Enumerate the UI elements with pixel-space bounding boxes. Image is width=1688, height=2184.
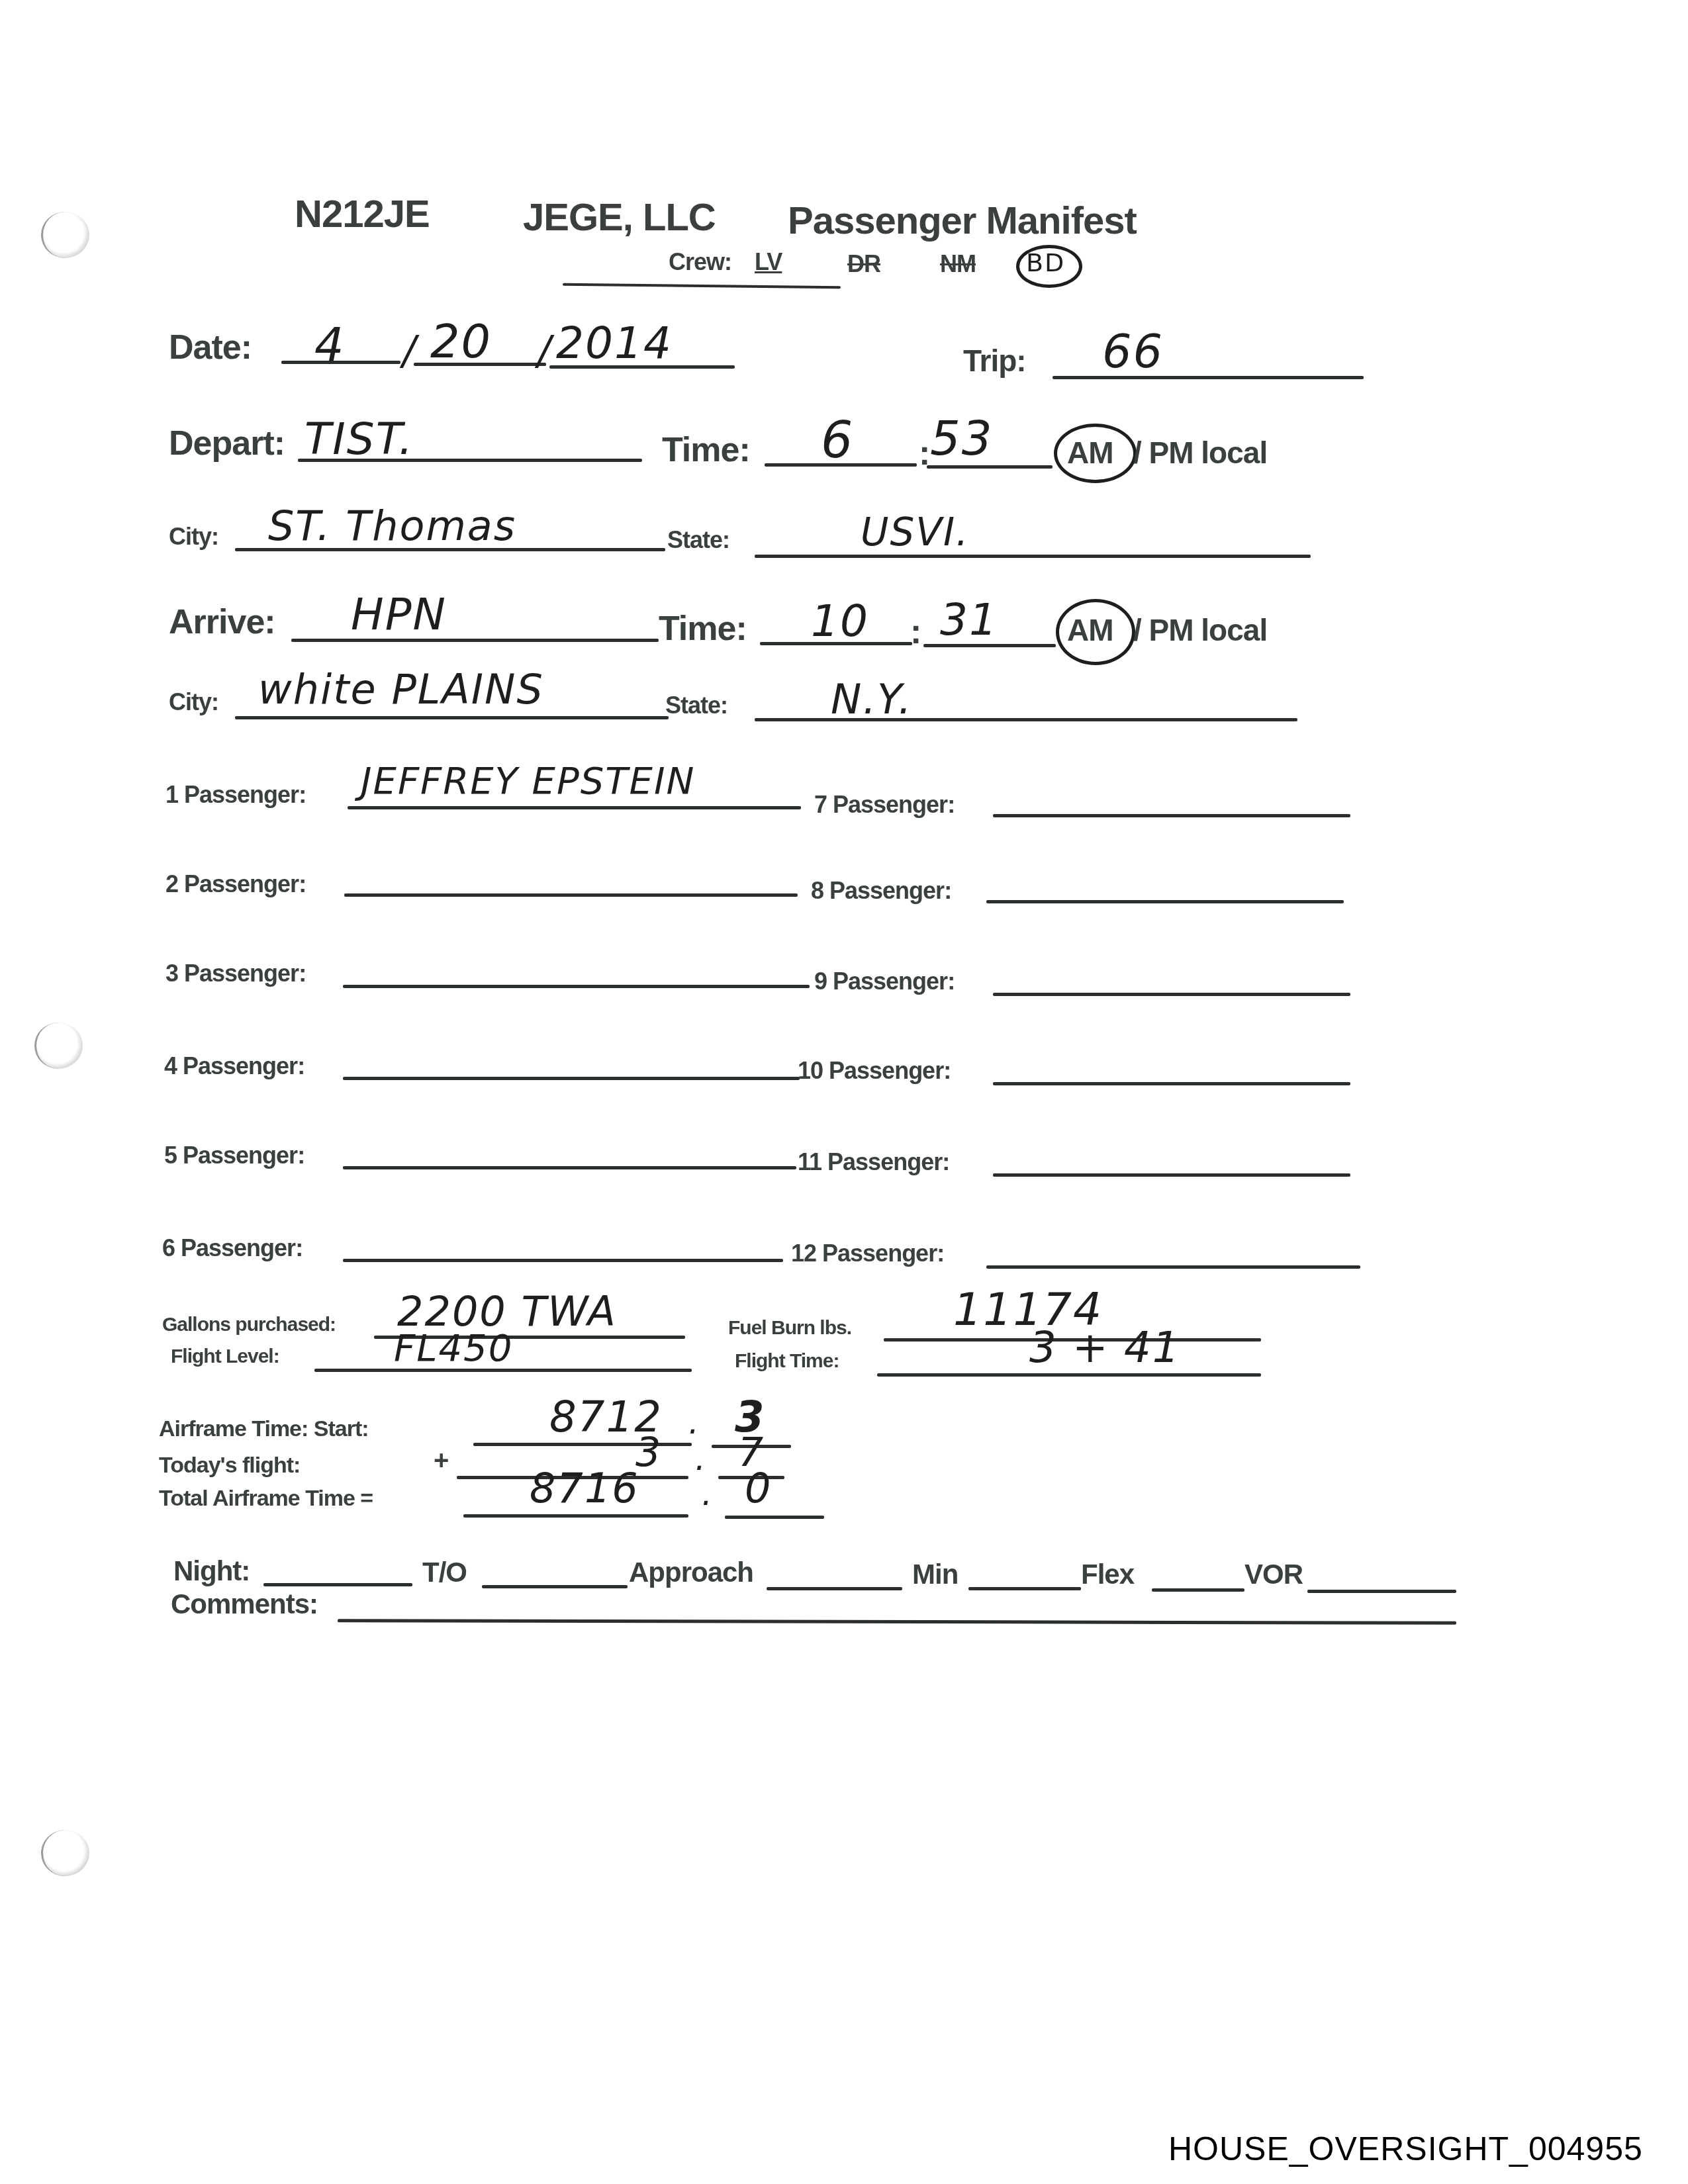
depart-airport: TIST. (305, 414, 414, 465)
date-label: Date: (169, 328, 252, 367)
todays-flight-plus: + (434, 1446, 448, 1476)
passenger-10-label: 10 Passenger: (798, 1057, 951, 1085)
gallons-label: Gallons purchased: (162, 1314, 336, 1336)
depart-state: USVI. (861, 510, 970, 555)
crew-dr[interactable]: DR (847, 250, 880, 278)
passenger-3-label: 3 Passenger: (165, 960, 306, 987)
min-field[interactable] (968, 1587, 1081, 1590)
passenger-5-field[interactable] (343, 1166, 796, 1169)
passenger-8-field[interactable] (986, 900, 1344, 903)
passenger-4-field[interactable] (343, 1077, 800, 1080)
arrive-airport: HPN (351, 589, 447, 640)
vor-field[interactable] (1307, 1590, 1456, 1593)
airframe-start-label: Airframe Time: Start: (159, 1416, 369, 1442)
total-airframe-dot: . (702, 1475, 714, 1513)
trip-number: 66 (1102, 324, 1164, 379)
depart-city-label: City: (169, 523, 218, 551)
passenger-9-field[interactable] (993, 993, 1350, 996)
arrive-am-option[interactable]: AM (1067, 612, 1113, 648)
arrive-state: N.Y. (831, 675, 913, 723)
comments-label: Comments: (171, 1588, 318, 1620)
total-airframe-field[interactable] (463, 1514, 688, 1518)
arrive-city: white PLAINS (258, 665, 544, 713)
depart-time-label: Time: (662, 430, 750, 470)
total-airframe-decimal-field[interactable] (725, 1516, 824, 1519)
min-label: Min (912, 1559, 958, 1590)
flight-time-label: Flight Time: (735, 1350, 839, 1373)
arrive-time-colon: : (910, 612, 921, 652)
passenger-2-field[interactable] (344, 893, 798, 897)
bates-number: HOUSE_OVERSIGHT_004955 (1168, 2130, 1643, 2168)
flight-time-field[interactable] (877, 1373, 1261, 1377)
punch-hole-bottom (41, 1830, 89, 1876)
flight-level-value: FL450 (394, 1327, 513, 1370)
passenger-3-field[interactable] (343, 985, 810, 988)
night-field[interactable] (263, 1583, 412, 1586)
date-sep-1: / (402, 328, 417, 374)
company-name: JEGE, LLC (523, 195, 716, 240)
arrive-state-label: State: (665, 692, 727, 719)
depart-hour: 6 (821, 410, 854, 469)
flight-level-label: Flight Level: (171, 1345, 279, 1368)
passenger-6-field[interactable] (343, 1259, 783, 1262)
to-field[interactable] (482, 1585, 628, 1588)
flight-time-value: 3 + 41 (1029, 1324, 1180, 1373)
date-month: 4 (314, 318, 346, 372)
passenger-2-label: 2 Passenger: (165, 870, 306, 898)
trip-label: Trip: (963, 343, 1026, 379)
form-title: Passenger Manifest (788, 199, 1137, 243)
passenger-9-label: 9 Passenger: (814, 968, 955, 995)
arrive-hour: 10 (811, 596, 869, 647)
crew-lv[interactable]: LV (755, 248, 782, 276)
approach-label: Approach (629, 1557, 753, 1588)
fuel-burn-label: Fuel Burn lbs. (728, 1317, 851, 1340)
arrive-time-label: Time: (659, 609, 747, 649)
passenger-11-label: 11 Passenger: (798, 1148, 949, 1176)
todays-flight-dot: . (695, 1439, 707, 1478)
flex-label: Flex (1081, 1559, 1134, 1590)
passenger-12-label: 12 Passenger: (791, 1240, 944, 1267)
vor-label: VOR (1244, 1559, 1303, 1590)
depart-label: Depart: (169, 424, 285, 463)
total-airframe-whole: 8716 (530, 1464, 639, 1512)
depart-pm-option[interactable]: / PM local (1133, 435, 1267, 471)
flex-field[interactable] (1152, 1588, 1244, 1592)
total-airframe-label: Total Airframe Time = (159, 1486, 373, 1512)
arrive-minute: 31 (940, 594, 998, 645)
crew-underline (563, 283, 841, 289)
crew-nm[interactable]: NM (940, 250, 976, 278)
arrive-label: Arrive: (169, 602, 275, 642)
crew-label: Crew: (669, 248, 731, 276)
passenger-10-field[interactable] (993, 1082, 1350, 1085)
passenger-4-label: 4 Passenger: (164, 1052, 305, 1080)
depart-city: ST. Thomas (268, 502, 516, 550)
passenger-1-name: JEFFREY EPSTEIN (361, 760, 695, 803)
passenger-1-field[interactable] (348, 806, 801, 809)
arrive-airport-field[interactable] (291, 639, 659, 642)
passenger-7-field[interactable] (993, 814, 1350, 817)
passenger-6-label: 6 Passenger: (162, 1234, 303, 1262)
comments-field[interactable] (338, 1619, 1456, 1625)
passenger-12-field[interactable] (986, 1265, 1360, 1269)
trip-field[interactable] (1053, 376, 1364, 379)
approach-field[interactable] (767, 1587, 902, 1590)
passenger-5-label: 5 Passenger: (164, 1142, 305, 1169)
punch-hole-middle (34, 1023, 83, 1069)
depart-am-option[interactable]: AM (1067, 435, 1113, 471)
night-label: Night: (173, 1555, 250, 1587)
punch-hole-top (41, 212, 89, 258)
crew-bd[interactable]: BD (1026, 248, 1065, 277)
passenger-1-label: 1 Passenger: (165, 781, 306, 809)
passenger-11-field[interactable] (993, 1173, 1350, 1177)
airframe-start-dot: . (688, 1403, 700, 1441)
date-year: 2014 (556, 318, 673, 369)
depart-state-label: State: (667, 526, 729, 554)
todays-flight-label: Today's flight: (159, 1453, 300, 1479)
tail-number: N212JE (295, 192, 430, 236)
date-day: 20 (430, 314, 492, 369)
arrive-city-label: City: (169, 688, 218, 716)
arrive-pm-option[interactable]: / PM local (1133, 612, 1267, 648)
arrive-city-field[interactable] (235, 716, 669, 719)
depart-state-field[interactable] (755, 555, 1311, 558)
todays-flight-whole: 3 (635, 1430, 662, 1476)
depart-minute: 53 (930, 410, 994, 466)
total-airframe-decimal: 0 (745, 1464, 772, 1512)
passenger-8-label: 8 Passenger: (811, 877, 951, 905)
passenger-7-label: 7 Passenger: (814, 791, 955, 819)
to-label: T/O (422, 1557, 467, 1588)
